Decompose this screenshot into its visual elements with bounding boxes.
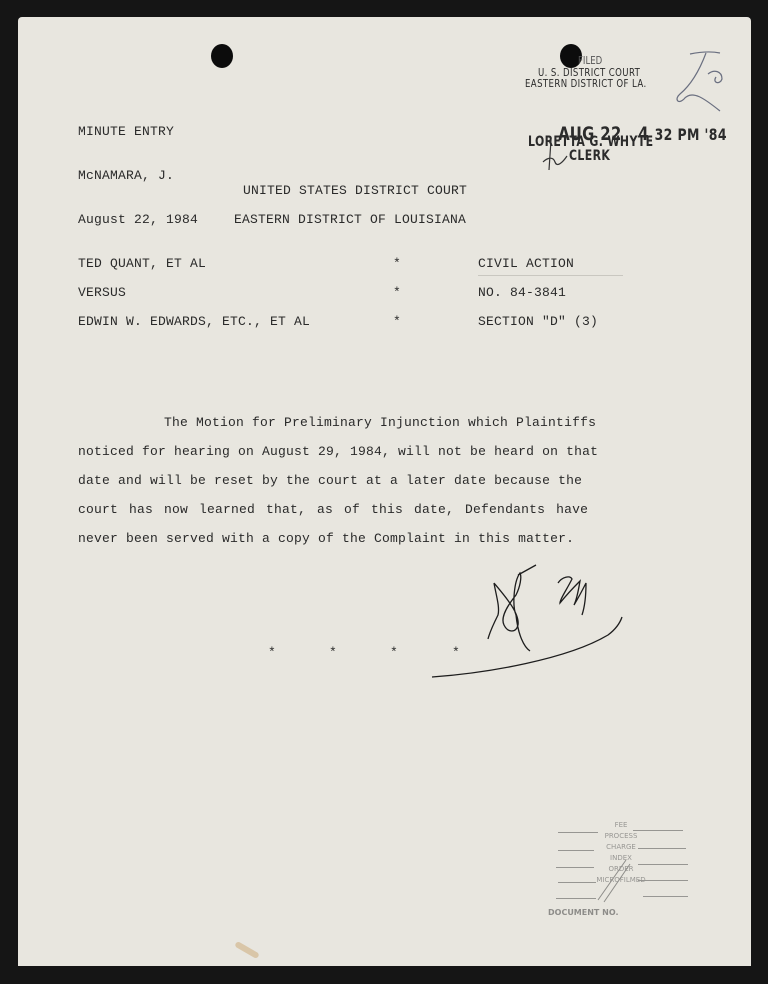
header-title: MINUTE ENTRY — [78, 125, 198, 139]
court-name: UNITED STATES DISTRICT COURT — [243, 183, 467, 198]
court-district: EASTERN DISTRICT OF LOUISIANA — [234, 212, 466, 227]
closing-star: * — [452, 645, 460, 660]
handwritten-initials-icon — [670, 49, 740, 119]
clerk-initial-mark — [533, 132, 573, 172]
versus: VERSUS — [78, 285, 126, 300]
body-line: court has now learned that, as of this d… — [78, 502, 588, 517]
case-type: CIVIL ACTION — [478, 256, 574, 271]
docket-stamp: FEE PROCESS CHARGE INDEX ORDER MICROFILM… — [548, 820, 698, 925]
punch-hole-left — [211, 44, 233, 68]
defendant: EDWIN W. EDWARDS, ETC., ET AL — [78, 314, 310, 329]
case-number: NO. 84-3841 — [478, 285, 566, 300]
body-line: never been served with a copy of the Com… — [78, 531, 574, 546]
docket-checkmark-icon — [548, 820, 698, 925]
minute-entry-header: MINUTE ENTRY McNAMARA, J. August 22, 198… — [78, 95, 198, 257]
judge-signature — [408, 555, 648, 675]
caption-separator: * — [393, 256, 401, 271]
paper-stain — [234, 941, 260, 959]
caption-separator: * — [393, 314, 401, 329]
document-page: MINUTE ENTRY McNAMARA, J. August 22, 198… — [18, 17, 751, 966]
body-line: date and will be reset by the court at a… — [78, 473, 582, 488]
case-type-rule — [478, 275, 623, 276]
body-line: noticed for hearing on August 29, 1984, … — [78, 444, 598, 459]
closing-star: * — [390, 645, 398, 660]
header-date: August 22, 1984 — [78, 213, 198, 227]
case-section: SECTION "D" (3) — [478, 314, 598, 329]
stamp-district: EASTERN DISTRICT OF LA. — [525, 77, 647, 90]
caption-separator: * — [393, 285, 401, 300]
header-judge: McNAMARA, J. — [78, 169, 198, 183]
plaintiff: TED QUANT, ET AL — [78, 256, 206, 271]
stamp-clerk-title: CLERK — [569, 148, 610, 164]
closing-star: * — [329, 645, 337, 660]
body-line: The Motion for Preliminary Injunction wh… — [164, 415, 596, 430]
closing-star: * — [268, 645, 276, 660]
